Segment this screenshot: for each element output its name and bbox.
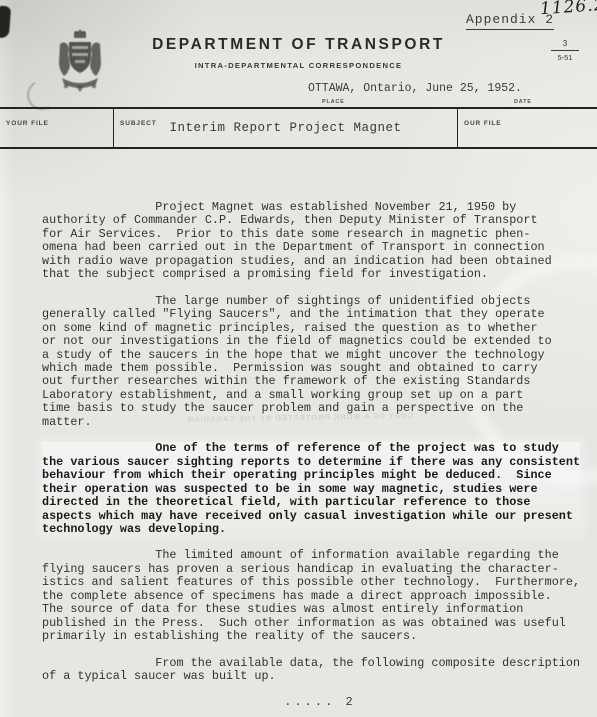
binding-mark <box>0 6 11 39</box>
our-file-cell: OUR FILE <box>458 109 597 147</box>
paragraph-5: From the available data, the following c… <box>42 657 597 684</box>
letter-body: Project Magnet was established November … <box>42 201 597 697</box>
paragraph-3-emphasized: One of the terms of reference of the pro… <box>42 442 580 536</box>
form-number-top: 3 <box>551 39 579 51</box>
your-file-label: YOUR FILE <box>6 120 49 127</box>
your-file-cell: YOUR FILE <box>0 109 113 147</box>
form-number: 3 5-51 <box>551 39 579 62</box>
page-number-marker: ..... 2 <box>240 695 400 709</box>
place-label: PLACE <box>322 99 345 105</box>
paragraph-2: The large number of sightings of unident… <box>42 295 597 430</box>
our-file-label: OUR FILE <box>464 120 502 127</box>
paragraph-4: The limited amount of information availa… <box>42 549 597 643</box>
paragraph-1: Project Magnet was established November … <box>42 201 597 282</box>
appendix-label: Appendix 2 <box>466 12 554 30</box>
subject-value: Interim Report Project Magnet <box>114 121 457 135</box>
form-number-bottom: 5-51 <box>551 53 579 62</box>
subject-cell: SUBJECT Interim Report Project Magnet <box>113 109 458 147</box>
file-reference-table: YOUR FILE SUBJECT Interim Report Project… <box>0 107 597 149</box>
scanned-letter-page: 1126.2 Appendix 2 DEPARTMENT OF TRANSPOR… <box>0 0 597 717</box>
date-label: DATE <box>514 99 532 105</box>
correspondence-subtitle: INTRA-DEPARTMENTAL CORRESPONDENCE <box>0 61 597 70</box>
place-date-line: OTTAWA, Ontario, June 25, 1952. <box>308 82 522 95</box>
department-title: DEPARTMENT OF TRANSPORT <box>0 36 597 54</box>
